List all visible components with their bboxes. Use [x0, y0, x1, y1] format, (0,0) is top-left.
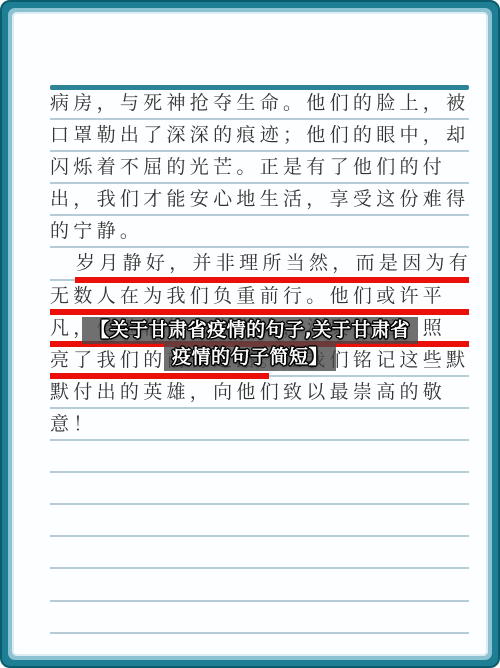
caption-line-2: 疫情的句子简短】 — [164, 344, 336, 371]
handwritten-text: 闪烁着不屈的光芒。正是有了他们的付 — [50, 152, 469, 182]
handwritten-text — [50, 473, 469, 503]
handwritten-text: 出，我们才能安心地生活，享受这份难得 — [50, 184, 469, 214]
notebook-row: 病房，与死神抢夺生命。他们的脸上，被 — [50, 88, 469, 120]
caption-line-2-wrap: 疫情的句子简短】 — [12, 344, 488, 371]
handwritten-text: 岁月静好，并非理所当然，而是因为有 — [50, 248, 469, 278]
notebook-row: 的宁静。 — [50, 216, 469, 248]
caption-line-1-wrap: 【关于甘肃省疫情的句子,关于甘肃省 — [12, 317, 488, 344]
notebook-row: 无数人在为我们负重前行。他们或许平 — [50, 281, 469, 313]
handwritten-text — [50, 537, 469, 567]
handwritten-text: 无数人在为我们负重前行。他们或许平 — [50, 281, 469, 311]
handwritten-text — [50, 569, 469, 599]
paper: 病房，与死神抢夺生命。他们的脸上，被口罩勒出了深深的痕迹；他们的眼中，却闪烁着不… — [12, 12, 488, 656]
notebook-row — [50, 505, 469, 537]
caption-line-1: 【关于甘肃省疫情的句子,关于甘肃省 — [82, 317, 418, 344]
handwritten-text — [50, 441, 469, 471]
notebook-row: 口罩勒出了深深的痕迹；他们的眼中，却 — [50, 120, 469, 152]
notebook-row: 闪烁着不屈的光芒。正是有了他们的付 — [50, 152, 469, 184]
overlay-caption: 【关于甘肃省疫情的句子,关于甘肃省 疫情的句子简短】 — [12, 317, 488, 371]
red-underline — [75, 277, 469, 283]
notebook-row — [50, 473, 469, 505]
handwritten-text: 默付出的英雄，向他们致以最崇高的敬 — [50, 377, 469, 407]
red-underline — [50, 309, 469, 315]
handwritten-text — [50, 505, 469, 535]
handwritten-text — [50, 602, 469, 632]
handwritten-text: 口罩勒出了深深的痕迹；他们的眼中，却 — [50, 120, 469, 150]
notebook-row — [50, 602, 469, 634]
handwritten-text: 意！ — [50, 409, 469, 439]
handwritten-text: 病房，与死神抢夺生命。他们的脸上，被 — [50, 88, 469, 118]
red-underline — [50, 373, 269, 379]
notebook-row: 默付出的英雄，向他们致以最崇高的敬 — [50, 377, 469, 409]
notebook-row: 出，我们才能安心地生活，享受这份难得 — [50, 184, 469, 216]
notebook-photo: 病房，与死神抢夺生命。他们的脸上，被口罩勒出了深深的痕迹；他们的眼中，却闪烁着不… — [0, 0, 500, 668]
notebook-row — [50, 569, 469, 601]
handwritten-text: 的宁静。 — [50, 216, 469, 246]
notebook-row — [50, 441, 469, 473]
notebook-row — [50, 537, 469, 569]
notebook-row: 岁月静好，并非理所当然，而是因为有 — [50, 248, 469, 280]
notebook-row: 意！ — [50, 409, 469, 441]
